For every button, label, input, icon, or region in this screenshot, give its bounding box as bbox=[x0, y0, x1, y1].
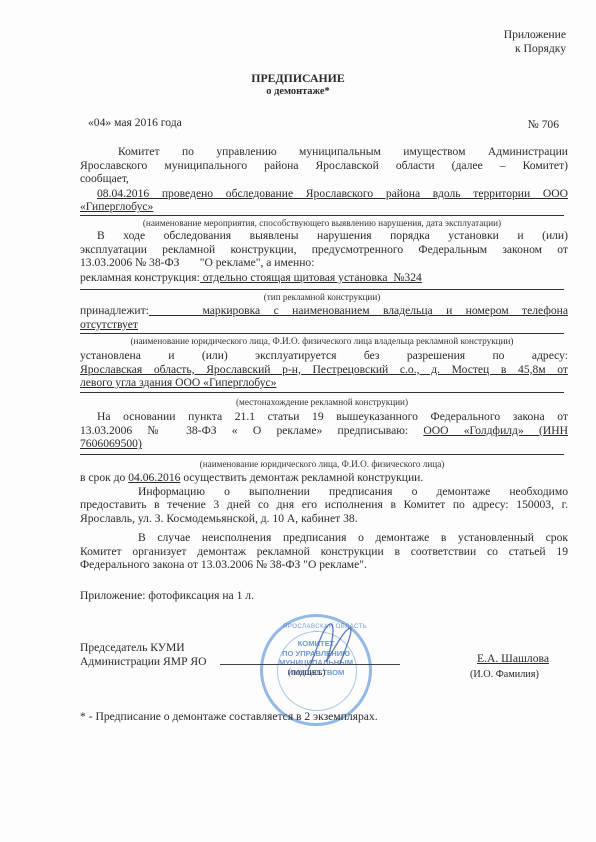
failure-line: В случае неисполнения предписания о демо… bbox=[80, 531, 568, 545]
basis-text: 13.03.2006 № 38-ФЗ « О рекламе» предписы… bbox=[80, 424, 423, 437]
owner-value: маркировка с наименованием владельца и н… bbox=[149, 304, 568, 317]
appendix-line-2: к Порядку bbox=[504, 42, 566, 56]
document-number: № 706 bbox=[528, 118, 559, 132]
intro-line: Ярославского муниципального района Яросл… bbox=[80, 159, 568, 173]
footnote: * - Предписание о демонтаже составляется… bbox=[80, 710, 378, 724]
failure-paragraph: В случае неисполнения предписания о демо… bbox=[80, 531, 568, 572]
construction-value: отдельно стоящая щитовая установка №324 bbox=[200, 271, 422, 284]
intro-line: сообщает, bbox=[80, 172, 568, 186]
signatory-name-caption: (И.О. Фамилия) bbox=[470, 668, 539, 682]
document-title: ПРЕДПИСАНИЕ bbox=[0, 72, 596, 85]
signature-caption: (подпись) bbox=[288, 666, 325, 680]
position-line: Администрации ЯМР ЯО bbox=[80, 655, 207, 669]
field-line bbox=[80, 215, 564, 216]
violation-line: эксплуатации рекламной конструкции, пред… bbox=[80, 243, 568, 257]
failure-line: Комитет организует демонтаж рекламной ко… bbox=[80, 545, 568, 559]
info-line: Ярославль, ул. З. Космодемьянской, д. 10… bbox=[80, 512, 568, 526]
address-paragraph: установлена и (или) эксплуатируется без … bbox=[80, 349, 568, 390]
deadline-date: 04.06.2016 bbox=[128, 471, 180, 484]
intro-paragraph: Комитет по управлению муниципальным имущ… bbox=[80, 145, 568, 214]
field-line bbox=[80, 289, 564, 290]
failure-line: Федерального закона от 13.03.2006 № 38-Ф… bbox=[80, 558, 568, 572]
field-line bbox=[80, 454, 564, 455]
address-value: Ярославская область, Ярославский р-н, Пе… bbox=[80, 363, 568, 376]
recipient-value-cont: 7606069500) bbox=[80, 437, 142, 450]
appendix-note: Приложение к Порядку bbox=[504, 28, 566, 56]
field-line bbox=[80, 333, 564, 334]
violation-line: В ходе обследования выявлены нарушения п… bbox=[80, 229, 568, 243]
signatory-name-text: Е.А. Шашлова bbox=[477, 652, 549, 665]
deadline-text: в срок до bbox=[80, 471, 128, 484]
info-line: предоставить в течение 3 дней со дня его… bbox=[80, 498, 568, 512]
owner-label: принадлежит: bbox=[80, 304, 149, 317]
document-subtitle: о демонтаже* bbox=[0, 85, 596, 99]
attachment-note: Приложение: фотофиксация на 1 л. bbox=[80, 589, 568, 603]
deadline-paragraph: в срок до 04.06.2016 осуществить демонта… bbox=[80, 471, 568, 525]
inspection-caption: (наименование мероприятия, способствующе… bbox=[80, 218, 564, 229]
signatory-name: Е.А. Шашлова bbox=[477, 652, 549, 666]
inspection-value: 08.04.2016 проведено обследование Яросла… bbox=[97, 187, 568, 200]
address-line: установлена и (или) эксплуатируется без … bbox=[80, 349, 568, 363]
address-caption: (местонахождение рекламной конструкции) bbox=[80, 397, 564, 408]
violation-line: 13.03.2006 № 38-ФЗ "О рекламе", а именно… bbox=[80, 256, 568, 270]
construction-label: рекламная конструкция: bbox=[80, 271, 200, 284]
signatory-position: Председатель КУМИ Администрации ЯМР ЯО bbox=[80, 641, 207, 669]
basis-line: На основании пункта 21.1 статьи 19 вышеу… bbox=[80, 410, 568, 424]
inspection-value-cont: «Гиперглобус» bbox=[80, 200, 153, 213]
position-line: Председатель КУМИ bbox=[80, 641, 207, 655]
document-date: «04» мая 2016 года bbox=[88, 116, 182, 130]
owner-value-cont: отсутствует bbox=[80, 318, 138, 331]
owner-paragraph: принадлежит: маркировка с наименованием … bbox=[80, 304, 568, 331]
owner-caption: (наименование юридического лица, Ф.И.О. … bbox=[80, 336, 564, 347]
recipient-caption: (наименование юридического лица, Ф.И.О. … bbox=[80, 459, 564, 470]
construction-caption: (тип рекламной конструкции) bbox=[80, 292, 564, 303]
info-line: Информацию о выполнении предписания о де… bbox=[80, 485, 568, 499]
recipient-value: ООО «Голдфилд» (ИНН bbox=[423, 424, 568, 437]
violation-paragraph: В ходе обследования выявлены нарушения п… bbox=[80, 229, 568, 284]
deadline-text: осуществить демонтаж рекламной конструкц… bbox=[180, 471, 423, 484]
appendix-line-1: Приложение bbox=[504, 28, 566, 42]
basis-paragraph: На основании пункта 21.1 статьи 19 вышеу… bbox=[80, 410, 568, 451]
field-line bbox=[80, 392, 564, 393]
signature-line bbox=[220, 664, 400, 665]
address-value-cont: левого угла здания ООО «Гиперглобус» bbox=[80, 376, 277, 389]
intro-line: Комитет по управлению муниципальным имущ… bbox=[80, 145, 568, 159]
